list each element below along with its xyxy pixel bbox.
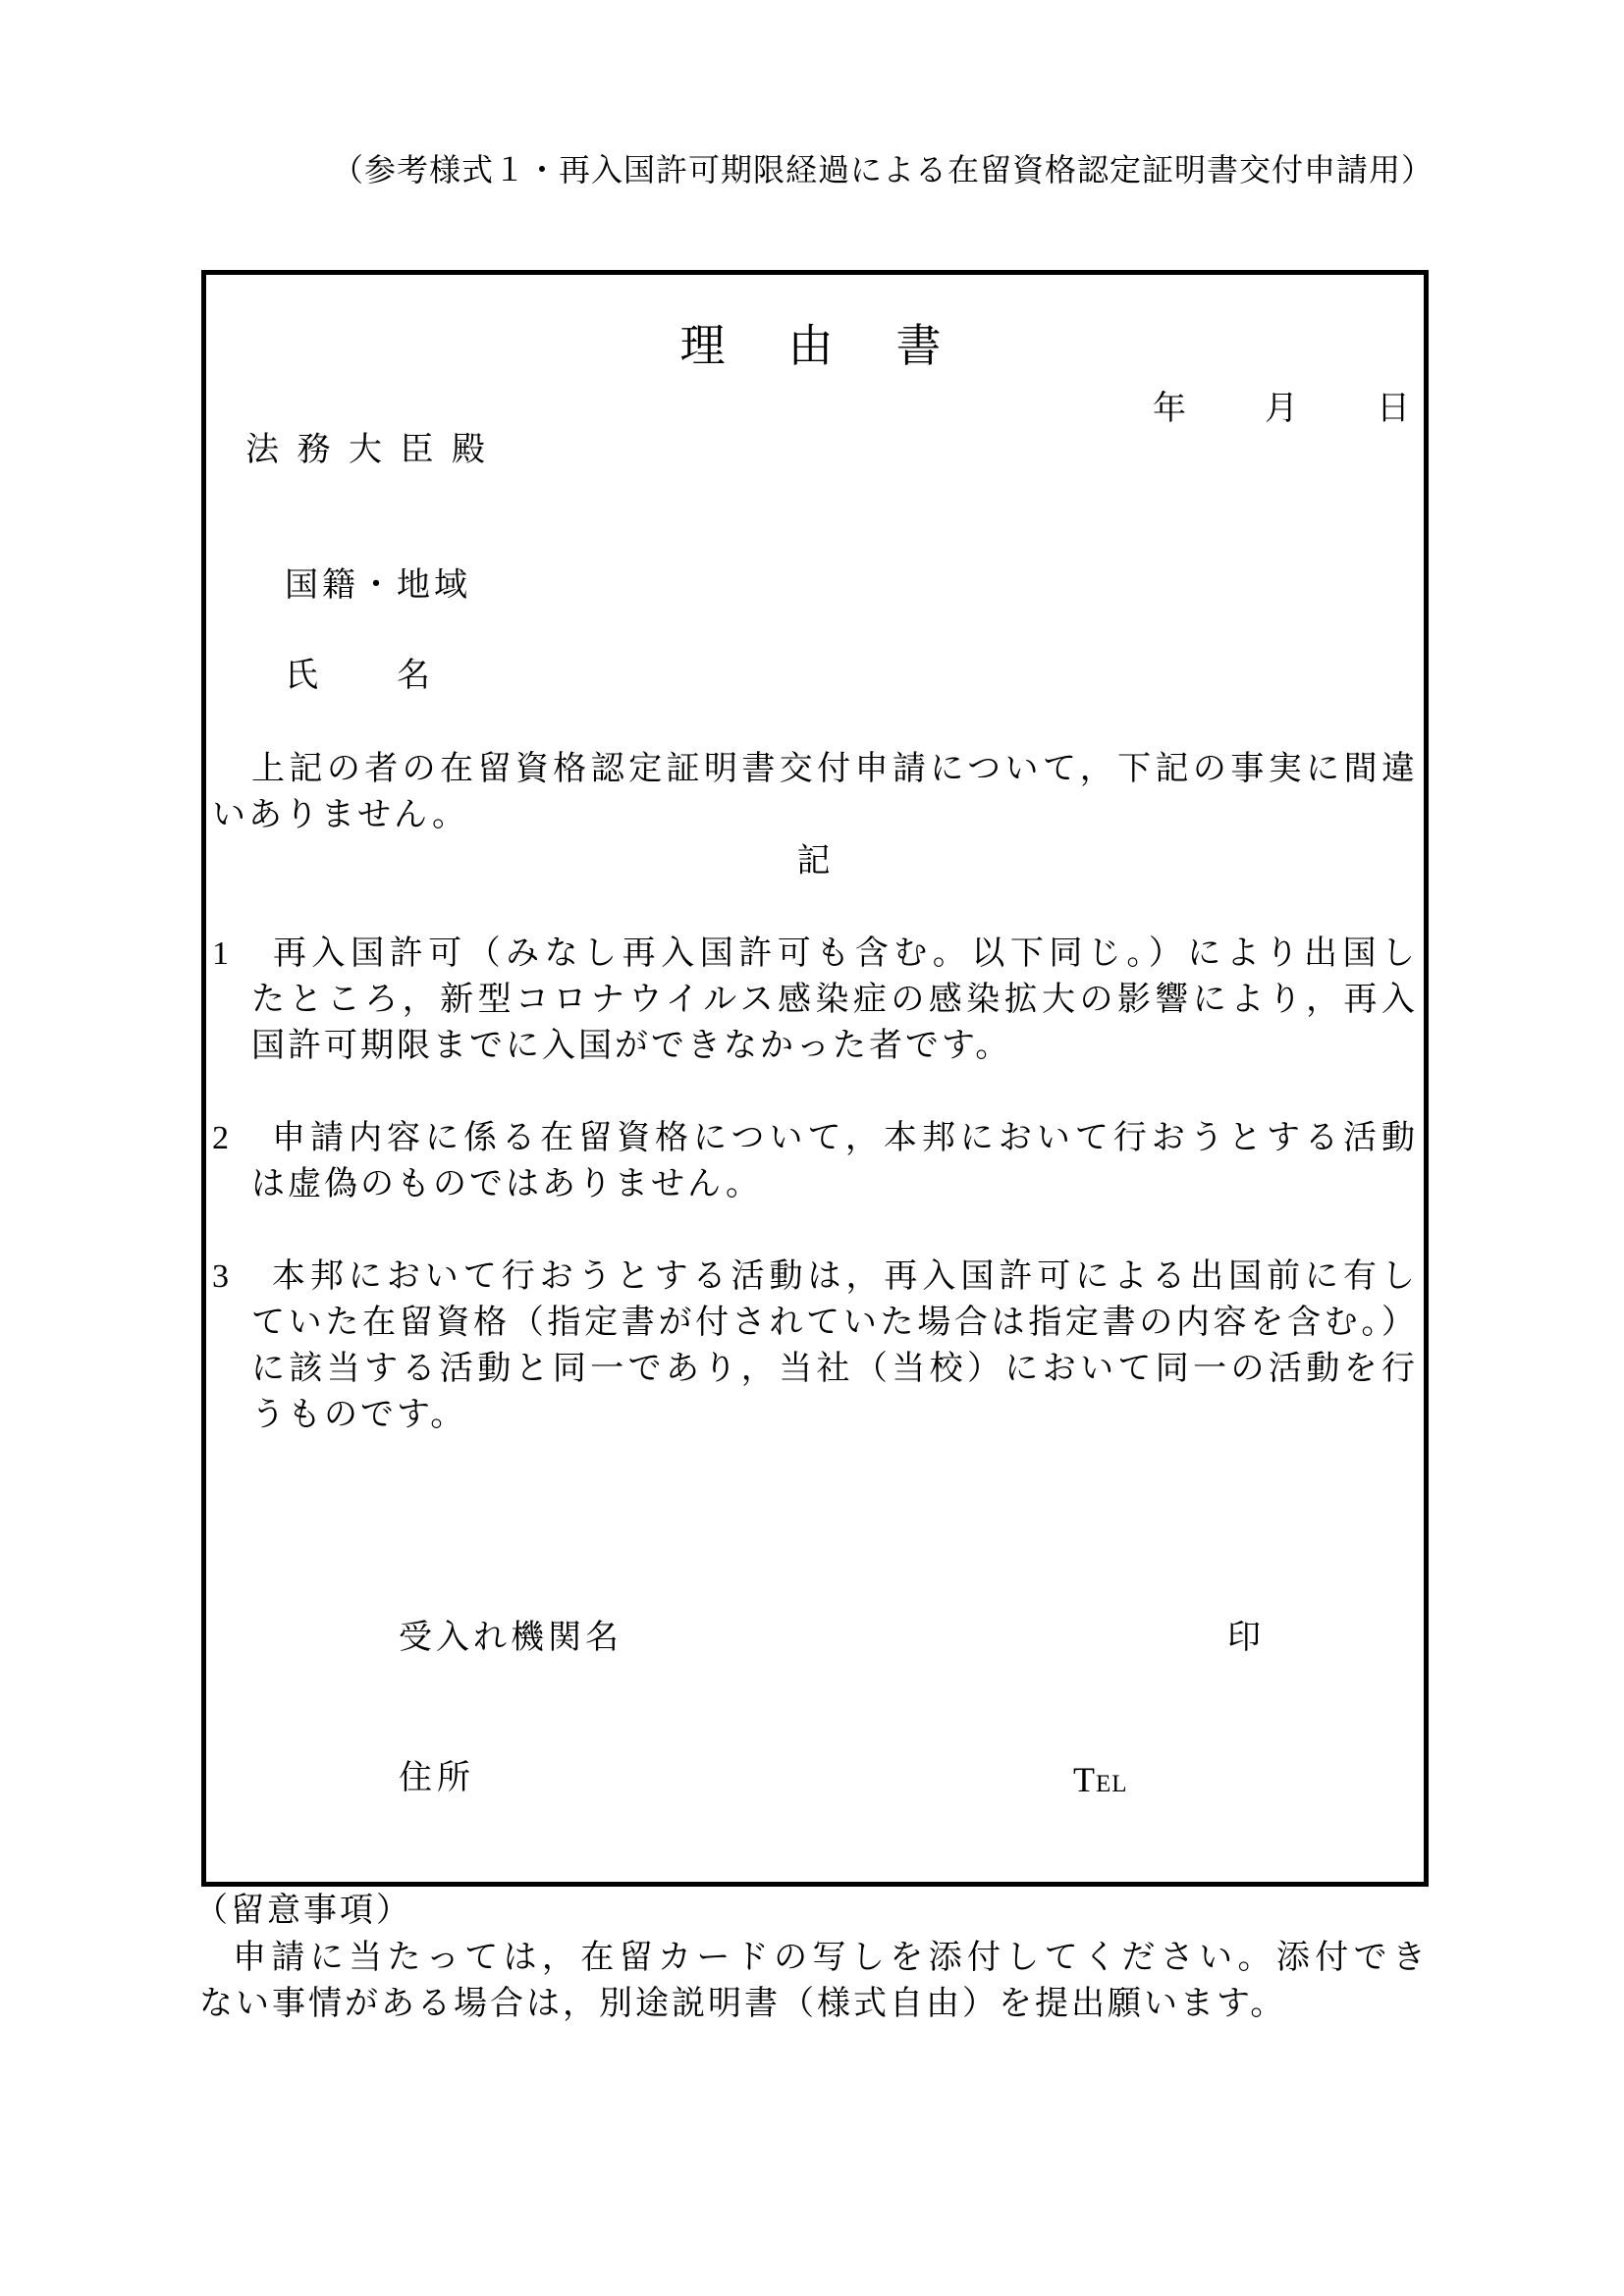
statement-item-line: 国許可期限までに入国ができなかった者です。 (212, 1023, 1418, 1069)
statement-item-line: たところ，新型コロナウイルス感染症の感染拡大の影響により，再入 (212, 977, 1418, 1023)
address-field-label: 住所 (399, 1762, 475, 1795)
statement-item-line: 2 申請内容に係る在留資格について，本邦において行おうとする活動 (212, 1115, 1418, 1161)
declaration-line: いありません。 (212, 792, 1418, 838)
statement-item-2: 2 申請内容に係る在留資格について，本邦において行おうとする活動 は虚偽のもので… (212, 1115, 1418, 1207)
addressee-minister-of-justice: 法 務 大 臣 殿 (245, 434, 490, 467)
date-line: 年 月 日 (1153, 393, 1414, 426)
tel-label-smallcaps: EL (1096, 1771, 1128, 1797)
declaration-paragraph: 上記の者の在留資格認定証明書交付申請について，下記の事実に間違 いありません。 (212, 746, 1418, 838)
form-reference-note: （参考様式１・再入国許可期限経過による在留資格認定証明書交付申請用） (332, 153, 1434, 187)
form-box: 理 由 書 年 月 日 法 務 大 臣 殿 国籍・地域 氏 名 上記の者の在留資… (201, 270, 1429, 1887)
statement-item-line: 3 本邦において行おうとする活動は，再入国許可による出国前に有し (212, 1254, 1418, 1300)
notes-heading: （留意事項） (194, 1895, 412, 1928)
statement-item-line: ていた在留資格（指定書が付されていた場合は指定書の内容を含む。） (212, 1300, 1418, 1346)
notes-line: 申請に当たっては，在留カードの写しを添付してください。添付でき (199, 1935, 1429, 1981)
tel-label-initial: T (1073, 1760, 1096, 1799)
tel-field-label: TEL (1073, 1762, 1128, 1797)
record-marker: 記 (212, 838, 1418, 884)
declaration-line: 上記の者の在留資格認定証明書交付申請について，下記の事実に間違 (212, 746, 1418, 792)
notes-paragraph: 申請に当たっては，在留カードの写しを添付してください。添付でき ない事情がある場… (199, 1935, 1429, 2027)
receiving-organization-field-label: 受入れ機関名 (399, 1622, 623, 1655)
document-page: （参考様式１・再入国許可期限経過による在留資格認定証明書交付申請用） 理 由 書… (0, 0, 1624, 2296)
statement-item-line: 1 再入国許可（みなし再入国許可も含む。以下同じ。）により出国し (212, 931, 1418, 977)
form-body: 上記の者の在留資格認定証明書交付申請について，下記の事実に間違 いありません。 … (212, 746, 1418, 1438)
seal-mark: 印 (1227, 1622, 1263, 1655)
name-field-label: 氏 名 (285, 660, 434, 693)
form-title: 理 由 書 (206, 324, 1424, 369)
nationality-field-label: 国籍・地域 (285, 569, 471, 603)
statement-item-3: 3 本邦において行おうとする活動は，再入国許可による出国前に有し ていた在留資格… (212, 1254, 1418, 1438)
statement-item-line: うものです。 (212, 1392, 1418, 1438)
statement-item-1: 1 再入国許可（みなし再入国許可も含む。以下同じ。）により出国し たところ，新型… (212, 931, 1418, 1069)
statement-item-line: は虚偽のものではありません。 (212, 1161, 1418, 1207)
notes-line: ない事情がある場合は，別途説明書（様式自由）を提出願います。 (199, 1981, 1429, 2027)
statement-item-line: に該当する活動と同一であり，当社（当校）において同一の活動を行 (212, 1346, 1418, 1392)
